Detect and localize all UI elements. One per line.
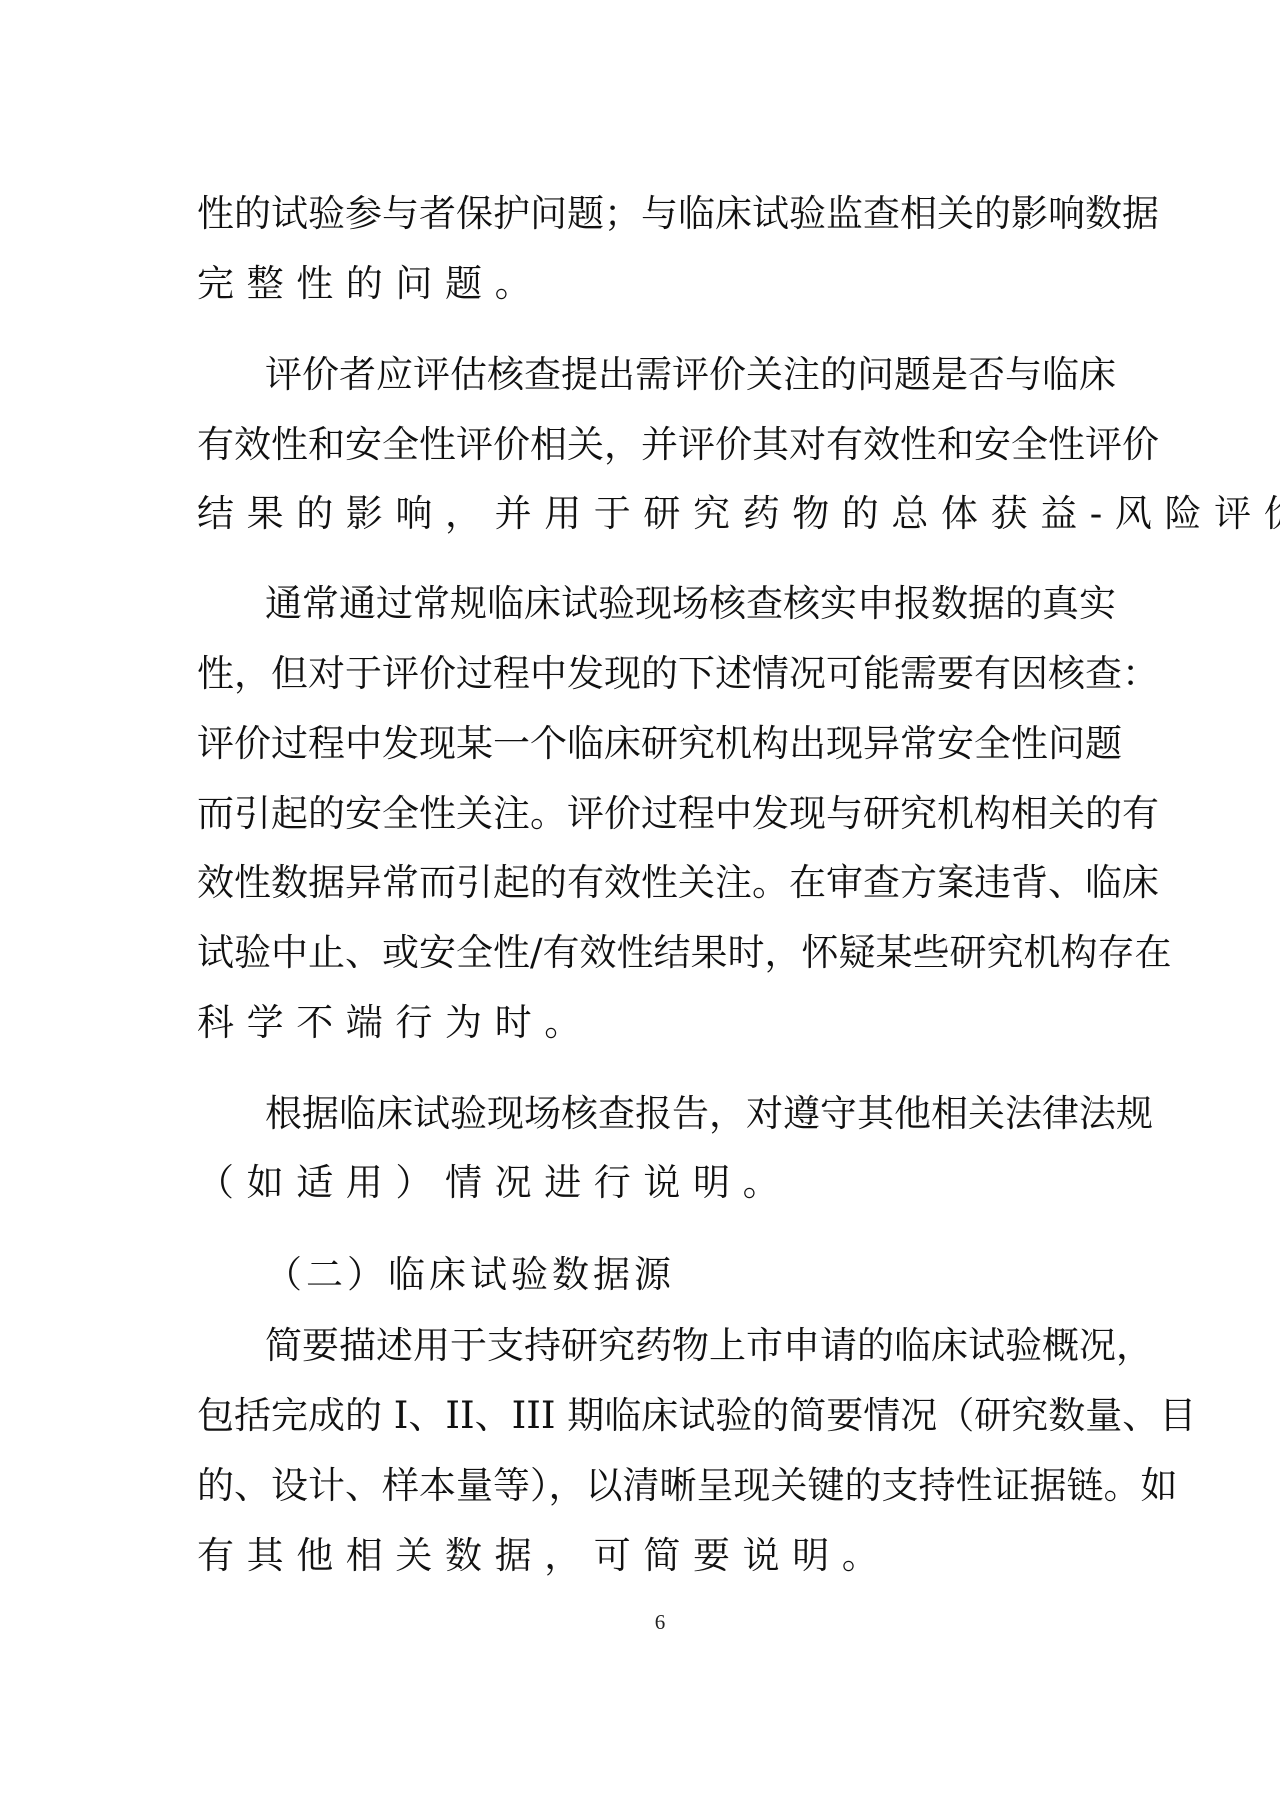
page-number: 6	[640, 1608, 680, 1636]
text-line: 有效性和安全性评价相关，并评价其对有效性和安全性评价	[197, 423, 1090, 467]
text-line: 通常通过常规临床试验现场核查核实申报数据的真实	[265, 582, 1090, 626]
text-line: 结果的影响，并用于研究药物的总体获益-风险评价。	[197, 492, 1090, 536]
text-line: （如适用）情况进行说明。	[197, 1161, 1090, 1205]
text-line: 的、设计、样本量等），以清晰呈现关键的支持性证据链。如	[197, 1464, 1090, 1508]
text-line: 包括完成的 I、II、III 期临床试验的简要情况（研究数量、目	[197, 1394, 1090, 1438]
text-line: 性，但对于评价过程中发现的下述情况可能需要有因核查：	[197, 652, 1090, 696]
text-line: 简要描述用于支持研究药物上市申请的临床试验概况，	[265, 1324, 1090, 1368]
text-line: 科学不端行为时。	[197, 1001, 1090, 1045]
section-heading-text: （二）临床试验数据源	[265, 1253, 1090, 1297]
text-line: 效性数据异常而引起的有效性关注。在审查方案违背、临床	[197, 861, 1090, 905]
text-line: 试验中止、或安全性/有效性结果时，怀疑某些研究机构存在	[197, 931, 1090, 975]
text-line: 完整性的问题。	[197, 262, 1090, 306]
text-line: 性的试验参与者保护问题；与临床试验监查相关的影响数据	[197, 192, 1090, 236]
text-line: 评价过程中发现某一个临床研究机构出现异常安全性问题	[197, 722, 1090, 766]
text-line: 根据临床试验现场核查报告，对遵守其他相关法律法规	[265, 1092, 1090, 1136]
text-line: 而引起的安全性关注。评价过程中发现与研究机构相关的有	[197, 792, 1090, 836]
text-line: 评价者应评估核查提出需评价关注的问题是否与临床	[265, 353, 1090, 397]
document-page: 性的试验参与者保护问题；与临床试验监查相关的影响数据 完整性的问题。 评价者应评…	[0, 0, 1280, 1810]
text-line: 有其他相关数据，可简要说明。	[197, 1534, 1090, 1578]
